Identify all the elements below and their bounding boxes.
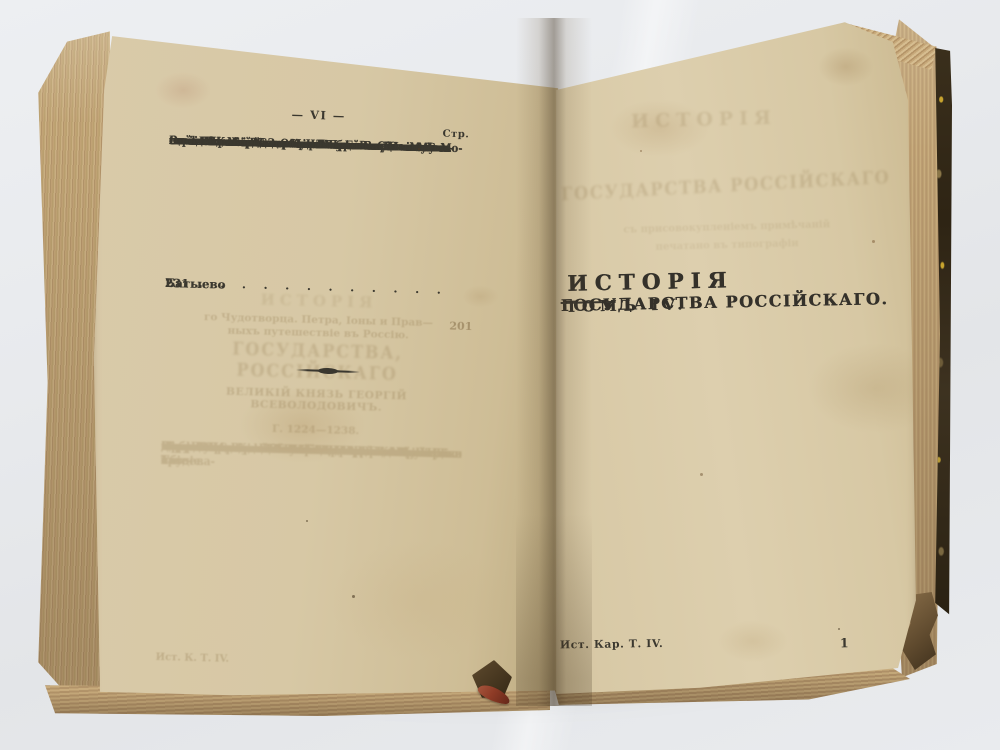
volume-label: ТОМЪ IV.: [561, 295, 688, 316]
foxing-speck: [700, 473, 703, 476]
photo-of-open-book: ИСТОРІЯ го Чудотворца. Петра, Іоны и Пра…: [0, 0, 1000, 750]
toc-target-page-number: 231: [165, 276, 189, 291]
printers-signature: Ист. Кар. Т. IV.: [560, 637, 663, 651]
foxing-speck: [640, 150, 642, 152]
table-of-contents: — VI — Стр. вою. Бѣдствіе Смоленска. Под…: [164, 104, 467, 312]
ornament-diamond: [318, 368, 338, 375]
page-column-label: Стр.: [442, 129, 469, 141]
foxing-speck: [306, 520, 308, 522]
toc-line: сеніе Новагорода. Осада Козельска. Отшес…: [169, 133, 451, 157]
toc-last-line: Батыево . . . . . . . . . . . . . 231: [165, 276, 463, 284]
foxing-speck: [872, 240, 875, 243]
foxing-speck: [838, 628, 840, 630]
page-number: 1: [840, 635, 849, 650]
right-page: [548, 12, 920, 696]
foxing-speck: [418, 148, 420, 150]
foxing-speck: [352, 595, 355, 598]
toc-text: вою. Бѣдствіе Смоленска. Подвиги Даніило…: [169, 133, 466, 141]
toc-leader-dots: . . . . . . . . . . . . .: [165, 276, 448, 297]
